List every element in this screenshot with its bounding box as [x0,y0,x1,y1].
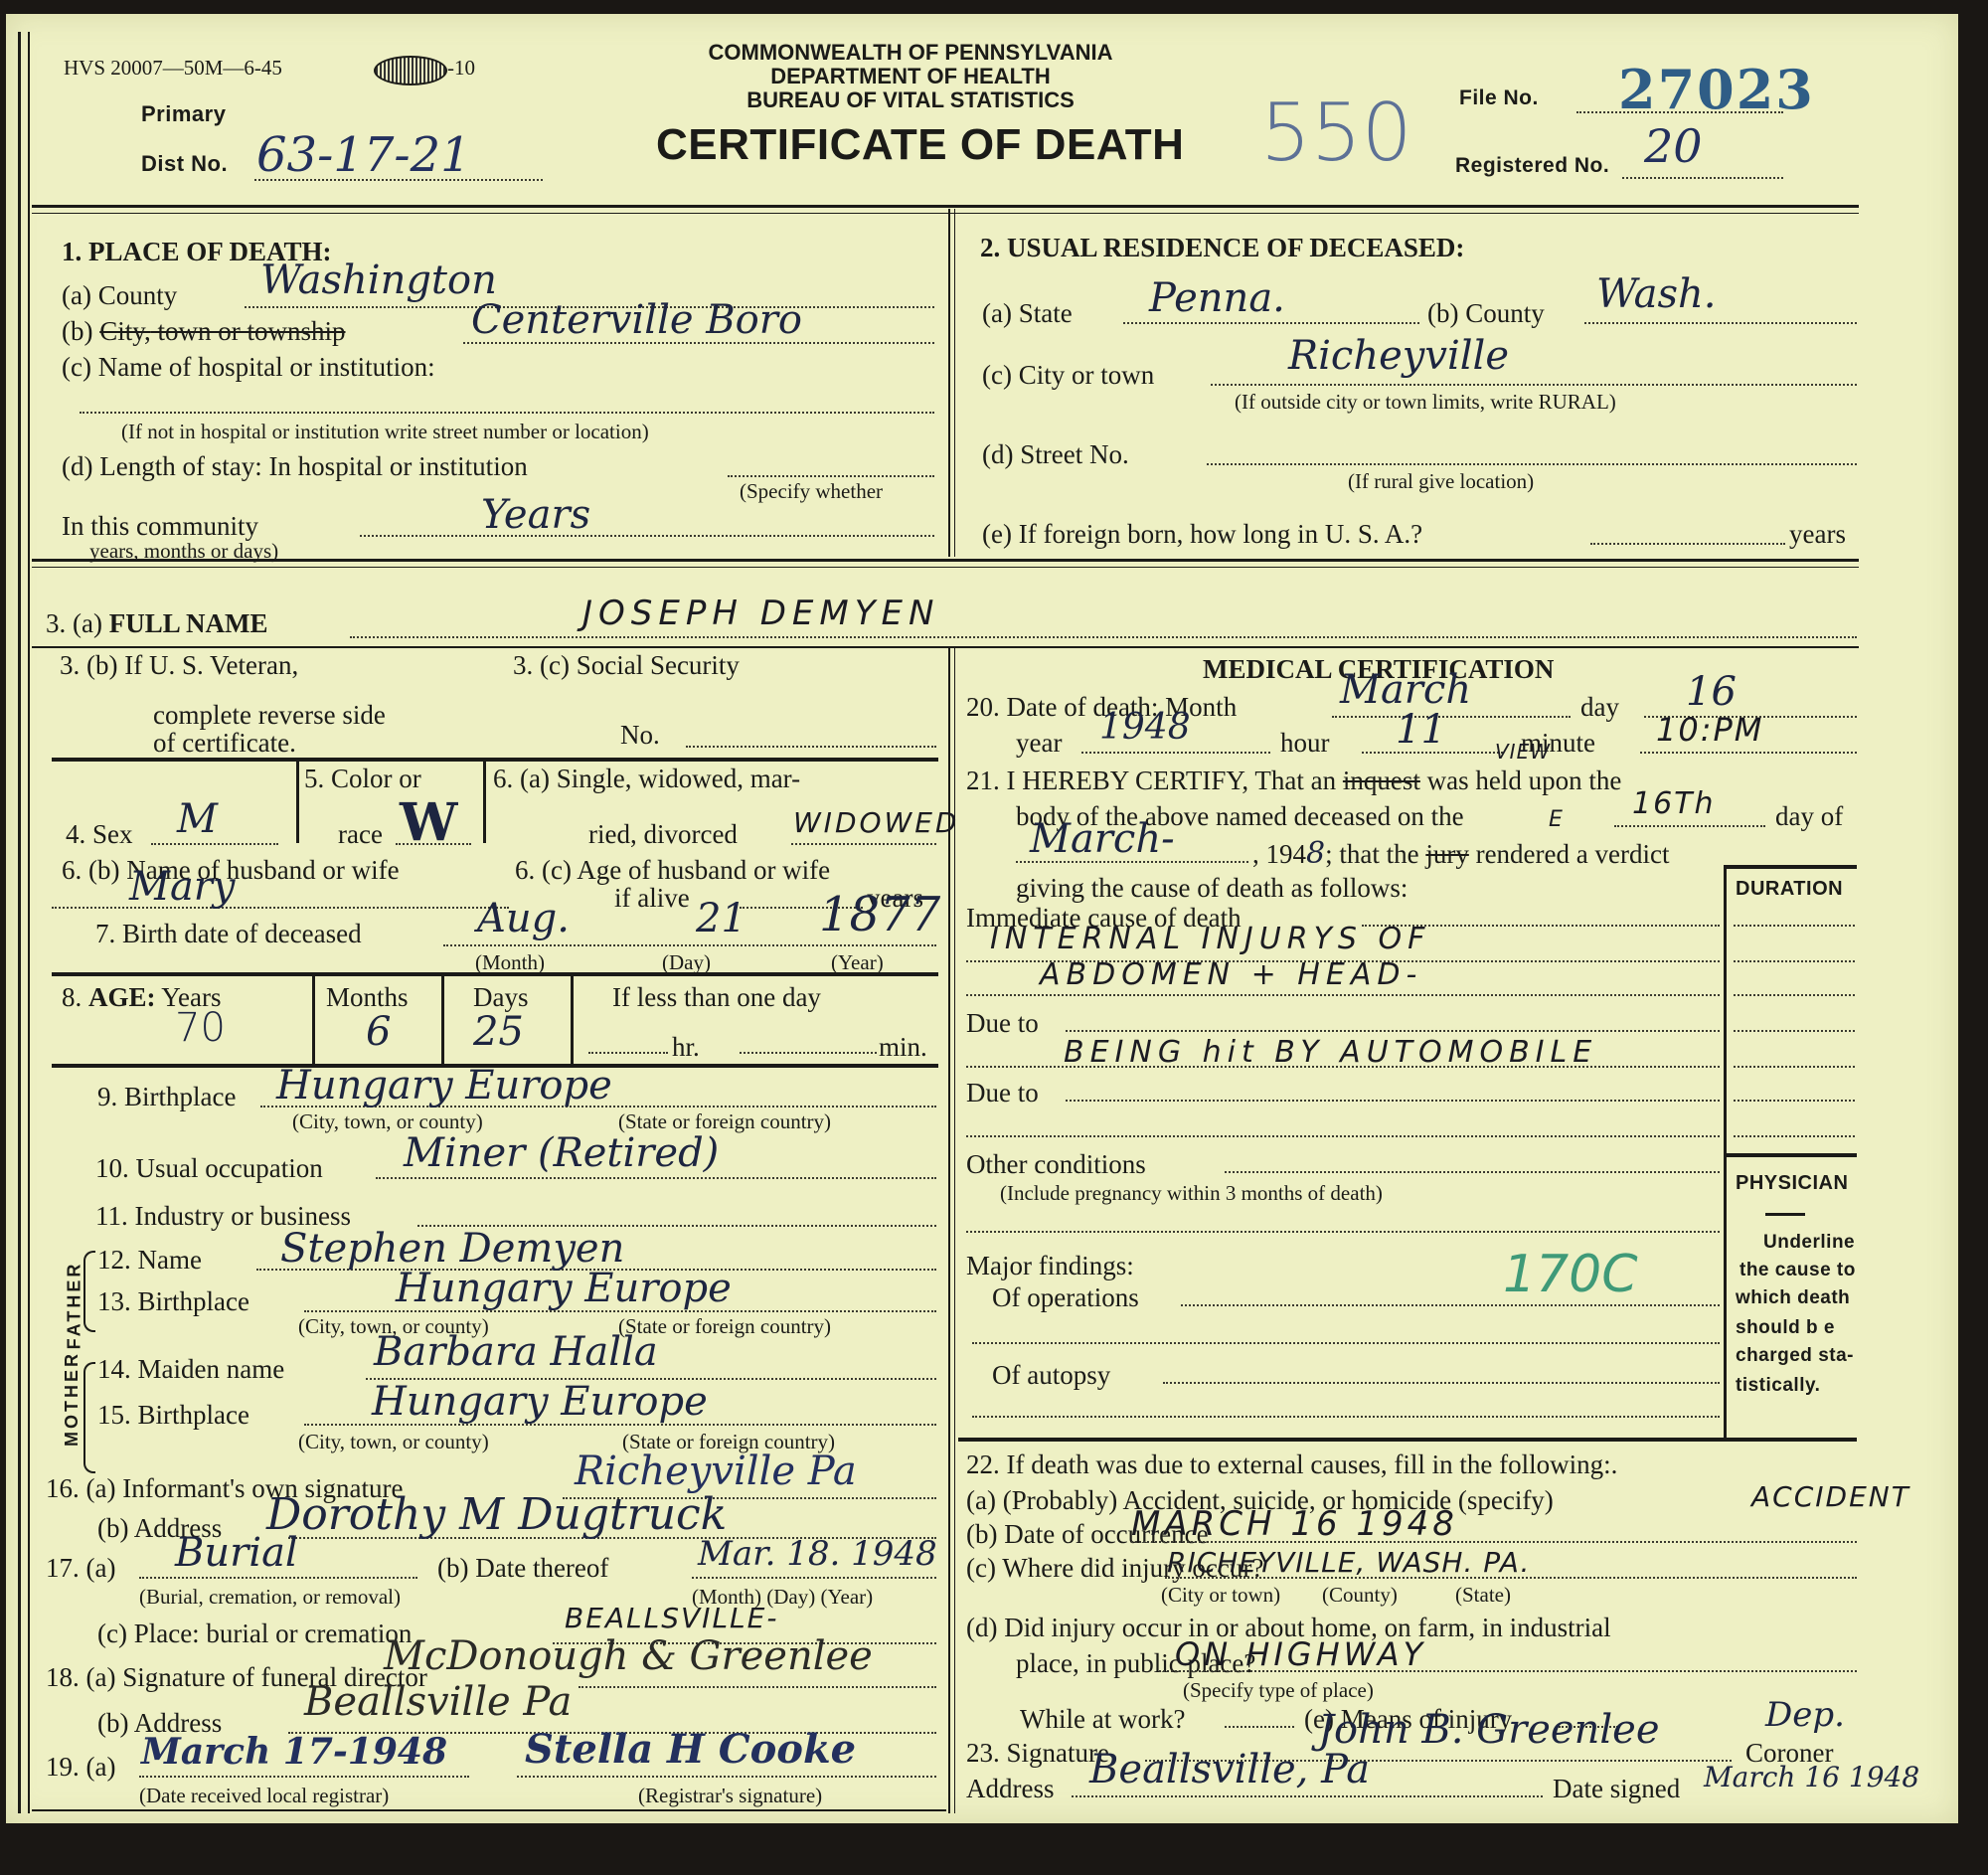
due-to-line-1 [1066,1030,1720,1032]
duration-line-3 [1734,994,1855,996]
race-label-2: race [338,821,383,848]
due-to-line-2 [1066,1100,1720,1102]
external-a-value[interactable]: ACCIDENT [1751,1483,1910,1511]
due-to-line-1b [966,1066,1720,1068]
major-findings-label: Major findings: [966,1253,1134,1279]
birth-year-caption: (Year) [831,952,884,973]
hospital-note: (If not in hospital or institution write… [121,422,649,442]
duration-line-7 [1734,1135,1855,1137]
org-line-2: DEPARTMENT OF HEALTH [602,66,1219,87]
immediate-cause-line-3 [966,994,1720,996]
death-county-label: (a) County [62,282,177,309]
age-label-bold: AGE: [88,982,156,1012]
duration-line-6 [1734,1100,1855,1102]
foreign-born-line [1590,543,1785,545]
external-c-caption-2: (County) [1322,1585,1398,1606]
full-name-text: FULL NAME [109,608,268,638]
org-line-3: BUREAU OF VITAL STATISTICS [602,89,1219,111]
header-divider [32,205,1859,208]
external-heading: 22. If death was due to external causes,… [966,1451,1617,1478]
burial-value[interactable]: Burial [175,1533,298,1573]
birthplace-label: 9. Birthplace [97,1084,236,1110]
death-month-value[interactable]: March [1340,670,1471,710]
spouse-name-line [52,907,509,909]
age-hr-label: hr. [672,1034,700,1061]
dist-value[interactable]: 63-17-21 [256,131,471,179]
spouse-age-label-2: if alive [614,885,690,912]
birthplace-value[interactable]: Hungary Europe [276,1066,612,1106]
primary-label: Primary [141,103,226,125]
residence-city-line [1211,384,1857,386]
birth-day-value[interactable]: 21 [696,899,746,938]
union-label-icon [374,56,447,85]
burial-caption-a: (Burial, cremation, or removal) [139,1587,401,1608]
org-line-1: COMMONWEALTH OF PENNSYLVANIA [602,42,1219,64]
certificate-title: CERTIFICATE OF DEATH [656,123,1184,167]
race-label-1: 5. Color or [304,766,421,792]
autopsy-line [1163,1382,1720,1384]
informant-address-value[interactable]: Richeyville Pa [575,1451,857,1491]
classification-code: 170C [1503,1249,1638,1300]
age-days-divider [571,974,574,1066]
certify-text-b: was held upon the [1420,766,1621,795]
residence-heading: 2. USUAL RESIDENCE OF DECEASED: [980,235,1464,261]
column-divider-top [948,209,950,557]
coroner-title-value: Dep. [1765,1698,1845,1732]
external-c-caption-3: (State) [1455,1585,1511,1606]
residence-city-label: (c) City or town [982,362,1154,389]
residence-state-value[interactable]: Penna. [1149,278,1285,318]
external-d-value[interactable]: ON HIGHWAY [1175,1638,1426,1670]
physician-dash [1765,1213,1805,1216]
residence-state-line [1123,322,1419,324]
operations-label: Of operations [992,1284,1139,1311]
death-city-label-rest: town or township [151,316,346,346]
registered-no-label: Registered No. [1455,155,1609,176]
certify-year-digit[interactable]: 8 [1306,836,1325,871]
other-conditions-note: (Include pregnancy within 3 months of de… [1000,1183,1383,1204]
occupation-line [376,1177,936,1179]
section-divider-3 [52,758,938,762]
underline-note-line-5: charged sta- [1736,1346,1854,1365]
coroner-signature-label: 23. Signature [966,1740,1109,1767]
registered-no-line [1622,177,1783,179]
age-months-divider [441,974,444,1066]
due-to-value-1[interactable]: BEING hit BY AUTOMOBILE [1064,1038,1597,1068]
death-certificate-page: HVS 20007—50M—6-45 -10 Primary Dist No. … [6,14,1958,1823]
operations-line [1181,1304,1720,1306]
coroner-address-value[interactable]: Beallsville, Pa [1089,1750,1370,1790]
mother-maiden-label: 14. Maiden name [97,1356,284,1383]
full-name-label: 3. (a) FULL NAME [46,610,267,637]
residence-city-value[interactable]: Richeyville [1288,336,1509,376]
immediate-cause-value-1[interactable]: INTERNAL INJURYS OF [990,925,1430,954]
registrar-label: 19. (a) [46,1754,115,1781]
age-days-value[interactable]: 25 [473,1012,524,1052]
external-d-caption: (Specify type of place) [1183,1680,1374,1701]
registrar-signature-line [517,1776,936,1778]
registrar-signature-caption: (Registrar's signature) [638,1786,822,1806]
social-security-line [686,746,936,748]
residence-city-note: (If outside city or town limits, write R… [1235,392,1616,413]
father-bracket [83,1251,95,1332]
underline-note-line-1: Underline [1763,1233,1855,1252]
certify-text-a: 21. I HEREBY CERTIFY, That an [966,766,1343,795]
while-at-work-label: While at work? [1020,1706,1185,1733]
other-conditions-label: Other conditions [966,1151,1146,1178]
hospital-label: (c) Name of hospital or institution: [62,354,435,381]
age-hr-line [588,1052,668,1054]
race-marital-divider [483,760,486,843]
occupation-value[interactable]: Miner (Retired) [404,1133,719,1173]
duration-column-divider [1724,865,1727,1440]
death-month-line [1332,716,1571,718]
duration-line-5 [1734,1066,1855,1068]
birthplace-caption-2: (State or foreign country) [618,1111,831,1132]
birth-date-label: 7. Birth date of deceased [95,921,362,947]
funeral-address-value[interactable]: Beallsville Pa [304,1682,572,1722]
father-birthplace-label: 13. Birthplace [97,1288,249,1315]
informant-signature-value[interactable]: Dorothy M Dugtruck [266,1493,727,1537]
residence-state-label: (a) State [982,300,1073,327]
registrar-date-value[interactable]: March 17-1948 [141,1734,447,1770]
registrar-date-line [139,1776,469,1778]
duration-label: DURATION [1736,879,1843,899]
file-no-stamp: 27023 [1618,58,1815,121]
death-day-label: day [1580,694,1619,721]
coroner-signature-value[interactable]: John B. Greenlee [1318,1710,1660,1750]
certify-month-value[interactable]: March- [1030,819,1175,859]
physician-top-line [1726,1153,1857,1157]
pencil-note: 550 [1260,93,1412,173]
certify-line-3: , 1948; that the jury rendered a verdict [1252,839,1669,869]
age-days-label: Days [473,984,529,1011]
birth-year-value[interactable]: 1877 [819,891,940,938]
coroner-address-label: Address [966,1776,1055,1802]
registered-no-value[interactable]: 20 [1644,123,1703,169]
social-security-no-label: No. [620,722,660,749]
bottom-left-divider [32,1809,946,1811]
age-years-value[interactable]: 70 [175,1008,226,1048]
left-border-line [18,32,21,1813]
death-city-label: (b) City, town or township [62,318,346,345]
death-city-label-struck: City, [99,316,151,346]
marital-line [791,843,936,845]
other-conditions-line [1225,1171,1720,1173]
underline-note-line-4: should b e [1736,1318,1835,1337]
specify-note: (Specify whether [740,481,883,502]
certify-day-value[interactable]: 16Th [1632,789,1716,819]
duration-top-line [1724,865,1857,869]
underline-note-line-6: tistically. [1736,1376,1820,1395]
age-top-divider [52,972,938,976]
stay-line [728,475,934,477]
file-no-label: File No. [1459,87,1539,108]
death-year-label: year [1016,730,1062,757]
sex-line [151,843,278,845]
certify-inquest-struck: inquest [1343,766,1420,795]
marital-value[interactable]: WIDOWED [793,809,959,837]
father-side-label: FATHER [65,1262,83,1350]
certify-text-c: ; that the [1325,839,1425,869]
age-min-line [740,1052,877,1054]
father-name-label: 12. Name [97,1247,202,1274]
date-signed-value[interactable]: March 16 1948 [1704,1764,1919,1791]
funeral-director-line [579,1686,936,1688]
community-value[interactable]: Years [481,495,590,535]
occupation-label: 10. Usual occupation [95,1155,323,1182]
immediate-cause-value-2[interactable]: ABDOMEN + HEAD- [1040,960,1422,990]
duration-line-4 [1734,1030,1855,1032]
death-year-line [1081,752,1270,754]
burial-label-a: 17. (a) [46,1555,115,1582]
birth-month-caption: (Month) [475,952,545,973]
duration-line-1 [1734,925,1855,927]
section-divider-1b [32,567,1859,568]
death-city-value[interactable]: Centerville Boro [471,300,802,340]
other-conditions-line-2 [966,1231,1720,1233]
age-years-divider [312,974,315,1066]
mother-birthplace-caption-1: (City, town, or county) [298,1432,489,1452]
sex-value[interactable]: M [177,799,218,839]
external-c-value[interactable]: RICHEYVILLE, WASH. PA. [1167,1549,1530,1577]
certify-jury-struck: jury [1425,839,1469,869]
burial-line [139,1577,417,1579]
stay-label: (d) Length of stay: In hospital or insti… [62,453,528,480]
burial-place-label: (c) Place: burial or cremation [97,1620,412,1647]
registrar-signature-value[interactable]: Stella H Cooke [525,1730,856,1770]
residence-county-line [1584,322,1857,324]
death-minute-line [1640,752,1857,754]
veteran-label-1: 3. (b) If U. S. Veteran, [60,652,298,679]
certify-text-d: rendered a verdict [1469,839,1670,869]
dist-label: Dist No. [141,153,228,175]
due-to-line-2b [966,1135,1720,1137]
full-name-line [350,636,1857,638]
age-months-label: Months [326,984,409,1011]
duration-line-2 [1734,960,1855,962]
mother-birthplace-label: 15. Birthplace [97,1402,249,1429]
residence-street-label: (d) Street No. [982,441,1129,468]
full-name-num: 3. (a) [46,608,102,638]
underline-note-line-2: the cause to [1739,1261,1856,1279]
veteran-label-3: of certificate. [153,730,296,757]
certify-line-1: 21. I HEREBY CERTIFY, That an inquest wa… [966,767,1621,794]
marital-label-2: ried, divorced [588,821,738,848]
certify-line-4: giving the cause of death as follows: [1016,875,1408,902]
burial-date-value[interactable]: Mar. 18. 1948 [698,1537,937,1571]
father-name-value[interactable]: Stephen Demyen [280,1229,624,1269]
while-at-work-line [1225,1726,1294,1728]
foreign-born-label: (e) If foreign born, how long in U. S. A… [982,521,1422,548]
birthplace-caption-1: (City, town, or county) [292,1111,483,1132]
underline-note-line-3: which death [1736,1288,1850,1307]
foreign-born-suffix: years [1789,521,1846,548]
section-divider-2 [32,646,1859,648]
father-birthplace-value[interactable]: Hungary Europe [396,1269,732,1308]
marital-label-1: 6. (a) Single, widowed, mar- [493,766,800,792]
spouse-name-value[interactable]: Mary [129,867,236,907]
burial-place-value[interactable]: BEALLSVILLE- [565,1605,778,1632]
veteran-label-2: complete reverse side [153,702,386,729]
death-county-value[interactable]: Washington [260,260,497,300]
certify-day-line [1614,825,1765,827]
union-label-suffix: -10 [447,58,475,79]
external-c-caption-1: (City or town) [1161,1585,1280,1606]
death-hour-label: hour [1280,730,1330,757]
column-divider-top-2 [954,209,955,557]
certify-year-prefix: , 194 [1252,839,1306,869]
mother-side-label: MOTHER [63,1351,81,1447]
residence-street-note: (If rural give location) [1348,471,1534,492]
community-line [360,535,934,537]
certify-view-insert: VIEW [1495,742,1551,762]
burial-date-label: (b) Date thereof [437,1555,608,1582]
certify-day-of: day of [1775,803,1843,830]
certify-jury-insert: E [1549,809,1569,831]
left-border-line-inner [28,32,30,1813]
autopsy-label: Of autopsy [992,1362,1110,1389]
age-months-value[interactable]: 6 [366,1012,391,1052]
burial-date-line [692,1577,936,1579]
community-label: In this community [62,513,258,540]
physician-label: PHYSICIAN [1736,1173,1848,1193]
race-value[interactable]: W [400,797,457,849]
due-to-label-2: Due to [966,1080,1039,1107]
full-name-value[interactable]: JOSEPH DEMYEN [582,597,939,630]
age-min-label: min. [879,1034,927,1061]
funeral-director-value[interactable]: McDonough & Greenlee [384,1636,873,1676]
registrar-date-caption: (Date received local registrar) [139,1786,389,1806]
spouse-age-label-1: 6. (c) Age of husband or wife [515,857,830,884]
coroner-address-line [1072,1795,1543,1797]
form-code: HVS 20007—50M—6-45 [64,58,282,79]
section-divider-1 [32,559,1859,562]
death-hour-value[interactable]: 11 [1396,710,1446,750]
header-divider-2 [32,213,1859,214]
residence-county-value[interactable]: Wash. [1596,274,1717,314]
autopsy-line-2 [972,1416,1720,1418]
birth-day-caption: (Day) [662,952,711,973]
birth-date-line [443,944,936,946]
death-day-value[interactable]: 16 [1686,672,1737,712]
social-security-label: 3. (c) Social Security [513,652,740,679]
due-to-label-1: Due to [966,1010,1039,1037]
mother-bracket [83,1362,95,1473]
external-b-value[interactable]: MARCH 16 1948 [1131,1507,1458,1541]
age-less-than-day-label: If less than one day [612,984,821,1011]
death-year-value[interactable]: 1948 [1099,710,1191,746]
death-city-label-prefix: (b) [62,316,99,346]
sex-label: 4. Sex [66,821,133,848]
sex-race-divider [296,760,299,843]
residence-county-label: (b) County [1427,300,1545,327]
death-minute-value[interactable]: 10:PM [1656,714,1763,746]
external-top-divider [958,1438,1857,1442]
date-signed-label: Date signed [1553,1776,1680,1802]
residence-street-line [1207,463,1857,465]
mother-maiden-value[interactable]: Barbara Halla [374,1332,658,1372]
birth-month-value[interactable]: Aug. [477,899,570,938]
mother-birthplace-value[interactable]: Hungary Europe [372,1382,708,1422]
operations-line-2 [972,1342,1720,1344]
hospital-line [80,412,934,414]
